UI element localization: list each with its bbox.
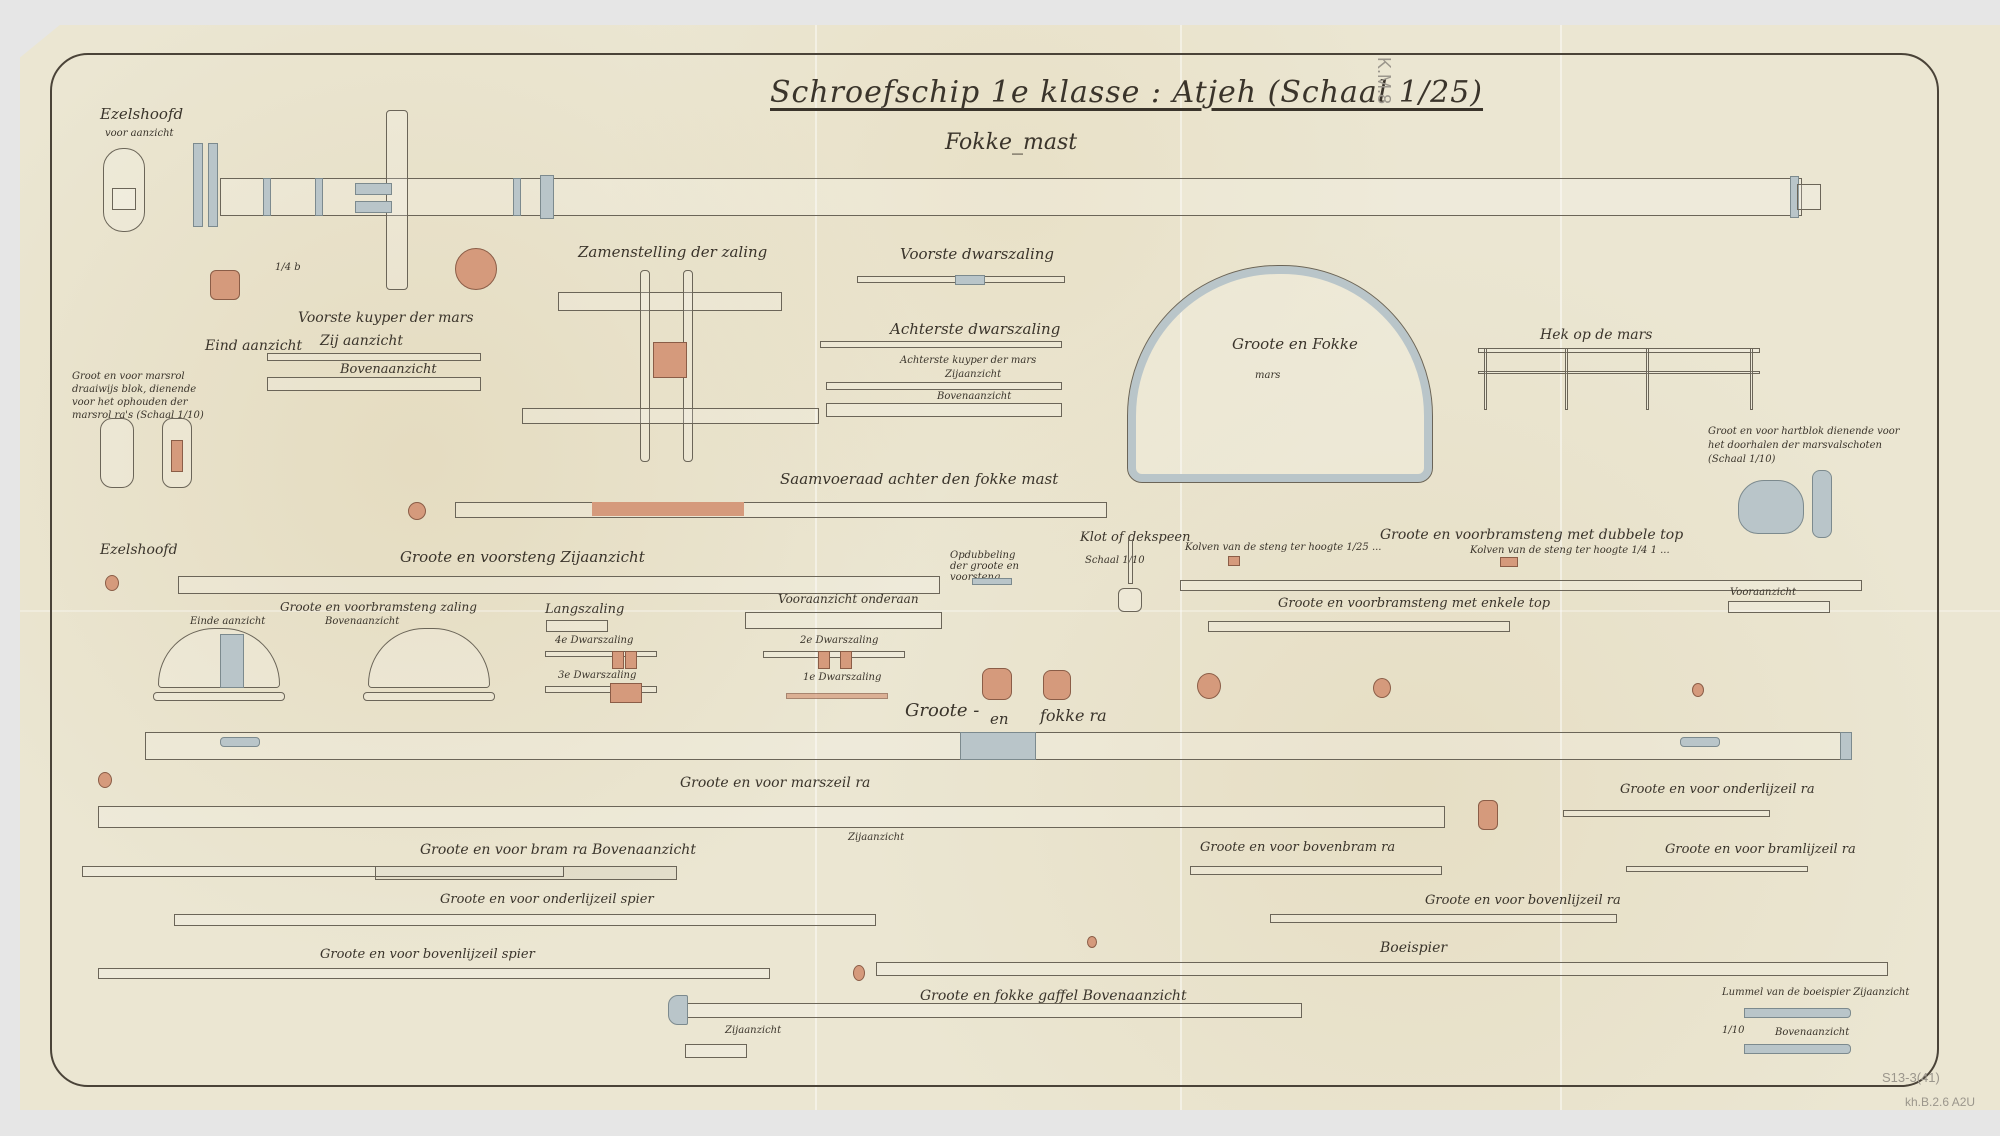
hartblok-front [1738, 480, 1804, 534]
bramsteng-enkel-spar [1208, 621, 1510, 632]
archive-stamp: kh.B.2.6 A2U [1905, 1095, 1975, 1109]
label-kolven-1: Kolven van de steng ter hoogte 1/25 ... [1185, 542, 1382, 553]
label-bovenbram-ra: Groote en voor bovenbram ra [1200, 840, 1395, 855]
gaffel-spar [680, 1003, 1302, 1018]
bramzaling-bar [363, 692, 495, 701]
label-2e-dwarszaling: 2e Dwarszaling [800, 635, 878, 646]
label-scale: 1/4 b [275, 262, 301, 273]
mast-section-round [455, 248, 497, 290]
zaling-bottom-bar [522, 408, 819, 424]
dwarszaling-3-block [610, 683, 642, 703]
kuyper-side-bar [267, 353, 481, 361]
label-zijaanzicht: Zijaanzicht [725, 1025, 781, 1036]
label-4e-dwarszaling: 4e Dwarszaling [555, 635, 633, 646]
archive-stamp: S13-3(41) [1882, 1070, 1940, 1085]
label-ezelshoofd: Ezelshoofd [100, 105, 183, 123]
ezelshoofd-detail [105, 575, 119, 591]
label-bovenlijzeil-spier: Groote en voor bovenlijzeil spier [320, 947, 535, 962]
gaffel-jaws [668, 995, 688, 1025]
marsrol-sheave [171, 440, 183, 472]
label-bovenaanzicht: Bovenaanzicht [325, 616, 399, 627]
klot-base [1118, 588, 1142, 612]
ra-round-section [1197, 673, 1221, 699]
label-bovenaanzicht: Bovenaanzicht [1775, 1027, 1849, 1038]
mast-iron [355, 201, 392, 213]
label-hek-op-mars: Hek op de mars [1540, 327, 1652, 343]
ra-yardarm-band [1840, 732, 1852, 760]
mast-iron [355, 183, 392, 195]
bovenbram-ra-spar [1190, 866, 1442, 875]
label-bovenaanzicht: Bovenaanzicht [937, 391, 1011, 402]
ezelshoofd-square-hole [112, 188, 136, 210]
label-zijaanzicht: Zijaanzicht [945, 369, 1001, 380]
label-achterste-dwarszaling: Achterste dwarszaling [890, 320, 1060, 338]
dwarszaling-1-bar [786, 693, 888, 699]
label-mars-sub: mars [1255, 370, 1280, 381]
kolf-detail [1500, 557, 1518, 567]
label-voorste-dwarszaling: Voorste dwarszaling [900, 245, 1054, 263]
lummel-top-view [1744, 1044, 1851, 1054]
hek-stanchion [1646, 348, 1649, 410]
ra-round-section [1692, 683, 1704, 697]
label-marszeil-ra: Groote en voor marszeil ra [680, 775, 870, 791]
kuyper-top-bar [267, 377, 481, 391]
mast-band [513, 178, 521, 216]
achterste-kuyper-top [826, 403, 1062, 417]
label-bovenlijzeil-ra: Groote en voor bovenlijzeil ra [1425, 893, 1621, 908]
mast-top-tenon [1797, 184, 1821, 210]
marszeil-ra-spar [98, 806, 1445, 828]
label-ezelshoofd-sub: voor aanzicht [105, 128, 174, 139]
dwarszaling-4-bar [545, 651, 657, 657]
klot-pin [1128, 540, 1133, 584]
hartblok-side [1812, 470, 1832, 538]
mast-hoops [540, 175, 554, 219]
mast-band [193, 143, 203, 227]
hek-stanchion [1565, 348, 1568, 410]
label-saamvoeraad: Saamvoeraad achter den fokke mast [780, 470, 1058, 488]
lummel-side-view [1744, 1008, 1851, 1018]
drawing-subtitle: Fokke_mast [945, 130, 1077, 155]
label-bramsteng-dubbel: Groote en voorbramsteng met dubbele top [1380, 527, 1683, 543]
achterste-kuyper-side [826, 382, 1062, 390]
label-fokke-ra: fokke ra [1040, 706, 1107, 725]
zaling-trestle [640, 270, 650, 462]
label-lummel: Lummel van de boeispier Zijaanzicht [1722, 987, 1909, 998]
label-voorste-kuyper: Voorste kuyper der mars [298, 310, 474, 326]
ra-octagon-section [982, 668, 1012, 700]
marsra-section [1478, 800, 1498, 830]
dwarszaling-2-bar [763, 651, 905, 658]
label-onderlijzeil-ra: Groote en voor onderlijzeil ra [1620, 782, 1815, 797]
onderlijzeil-ra-spar [1563, 810, 1770, 817]
fokke-mast-body [220, 178, 1802, 216]
label-langszaling: Langszaling [545, 602, 624, 617]
label-groote-voorsteng: Groote en voorsteng Zijaanzicht [400, 548, 645, 566]
saamvoeraad-wooden-section [592, 502, 744, 516]
langszaling-bar [546, 620, 608, 632]
label-eind-aanzicht: Eind aanzicht [205, 338, 302, 354]
dwarszaling-2-chock [818, 651, 830, 669]
dwarszaling-4-chock [625, 651, 637, 669]
label-zamenstelling: Zamenstelling der zaling [578, 243, 767, 261]
opdubbeling-plate [972, 578, 1012, 585]
dwarszaling-iron [955, 275, 985, 285]
label-boeispier: Boeispier [1380, 940, 1447, 956]
kolf-detail [1228, 556, 1240, 566]
label-3e-dwarszaling: 3e Dwarszaling [558, 670, 636, 681]
hek-stanchion [1750, 348, 1753, 410]
label-kolven-2: Kolven van de steng ter hoogte 1/4 1 ... [1470, 545, 1670, 556]
zaling-crosstree [558, 292, 782, 311]
label-bramsteng-enkel: Groote en voorbramsteng met enkele top [1278, 596, 1550, 611]
ra-cleat [1680, 737, 1720, 747]
bramzaling-iron [220, 634, 244, 688]
label-1e-dwarszaling: 1e Dwarszaling [803, 672, 881, 683]
label-onderlijzeil-spier: Groote en voor onderlijzeil spier [440, 892, 654, 907]
label-en: en [990, 710, 1009, 728]
label-vooraanzicht: Vooraanzicht [1730, 587, 1796, 598]
gaffel-side-view [685, 1044, 747, 1058]
label-vooraanzicht-onderaan: Vooraanzicht onderaan [778, 592, 919, 606]
hek-top-rail [1478, 348, 1760, 353]
steng-foot-front [745, 612, 942, 629]
dwarszaling-2-chock [840, 651, 852, 669]
boeispier-section [1087, 936, 1097, 948]
label-groote-ra: Groote - [905, 700, 979, 721]
boeispier-spar [876, 962, 1888, 976]
mast-band [315, 178, 323, 216]
bovenlijzeil-ra-spar [1270, 914, 1617, 923]
hek-stanchion [1484, 348, 1487, 410]
label-ezelshoofd: Ezelshoofd [100, 542, 178, 558]
ra-round-section [1373, 678, 1391, 698]
label-gaffel: Groote en fokke gaffel Bovenaanzicht [920, 988, 1187, 1004]
marsrol-block-1 [100, 418, 134, 488]
bramlijzeil-ra-spar [1626, 866, 1808, 872]
label-schaal: Schaal 1/10 [1085, 555, 1145, 566]
steng-foot-view [1728, 601, 1830, 613]
mast-cheek [386, 110, 408, 290]
onderlijzeil-spier-spar [174, 914, 876, 926]
ra-center-iron [960, 732, 1036, 760]
zaling-mast-section [653, 342, 687, 378]
ra-octagon-section [1043, 670, 1071, 700]
label-klot: Klot of dekspeen [1080, 530, 1190, 545]
mast-band [208, 143, 218, 227]
bovenlijzeil-spier-spar [98, 968, 770, 979]
ra-cleat [220, 737, 260, 747]
label-lummel-scale: 1/10 [1722, 1025, 1744, 1036]
label-zij-aanzicht: Zij aanzicht [320, 333, 403, 349]
bramzaling-bar [153, 692, 285, 701]
mast-section-square [210, 270, 240, 300]
bram-ra-center-section [375, 866, 677, 880]
marsra-end-section [98, 772, 112, 788]
label-bramlijzeil-ra: Groote en voor bramlijzeil ra [1665, 842, 1856, 857]
label-zijaanzicht: Zijaanzicht [848, 832, 904, 843]
label-einde-aanzicht: Einde aanzicht [190, 616, 265, 627]
hek-mid-rail [1478, 371, 1760, 374]
label-bram-ra: Groote en voor bram ra Bovenaanzicht [420, 842, 696, 858]
archive-mark: K.M.8 [1373, 57, 1394, 104]
label-mars: Groote en Fokke [1232, 335, 1358, 353]
saamvoeraad-end [408, 502, 426, 520]
label-bovenaanzicht: Bovenaanzicht [340, 362, 437, 377]
achterste-dwarszaling-bar [820, 341, 1062, 348]
saamvoeraad-spar [455, 502, 1107, 518]
label-achterste-kuyper: Achterste kuyper der mars [900, 355, 1036, 366]
dwarszaling-4-chock [612, 651, 624, 669]
label-bramzaling: Groote en voorbramsteng zaling [280, 600, 477, 614]
mast-band [263, 178, 271, 216]
boeispier-end [853, 965, 865, 981]
label-hartblok-note: Groot en voor hartblok dienende voor het… [1708, 425, 1918, 467]
label-marsrol-note: Groot en voor marsrol draaiwijs blok, di… [72, 370, 212, 422]
